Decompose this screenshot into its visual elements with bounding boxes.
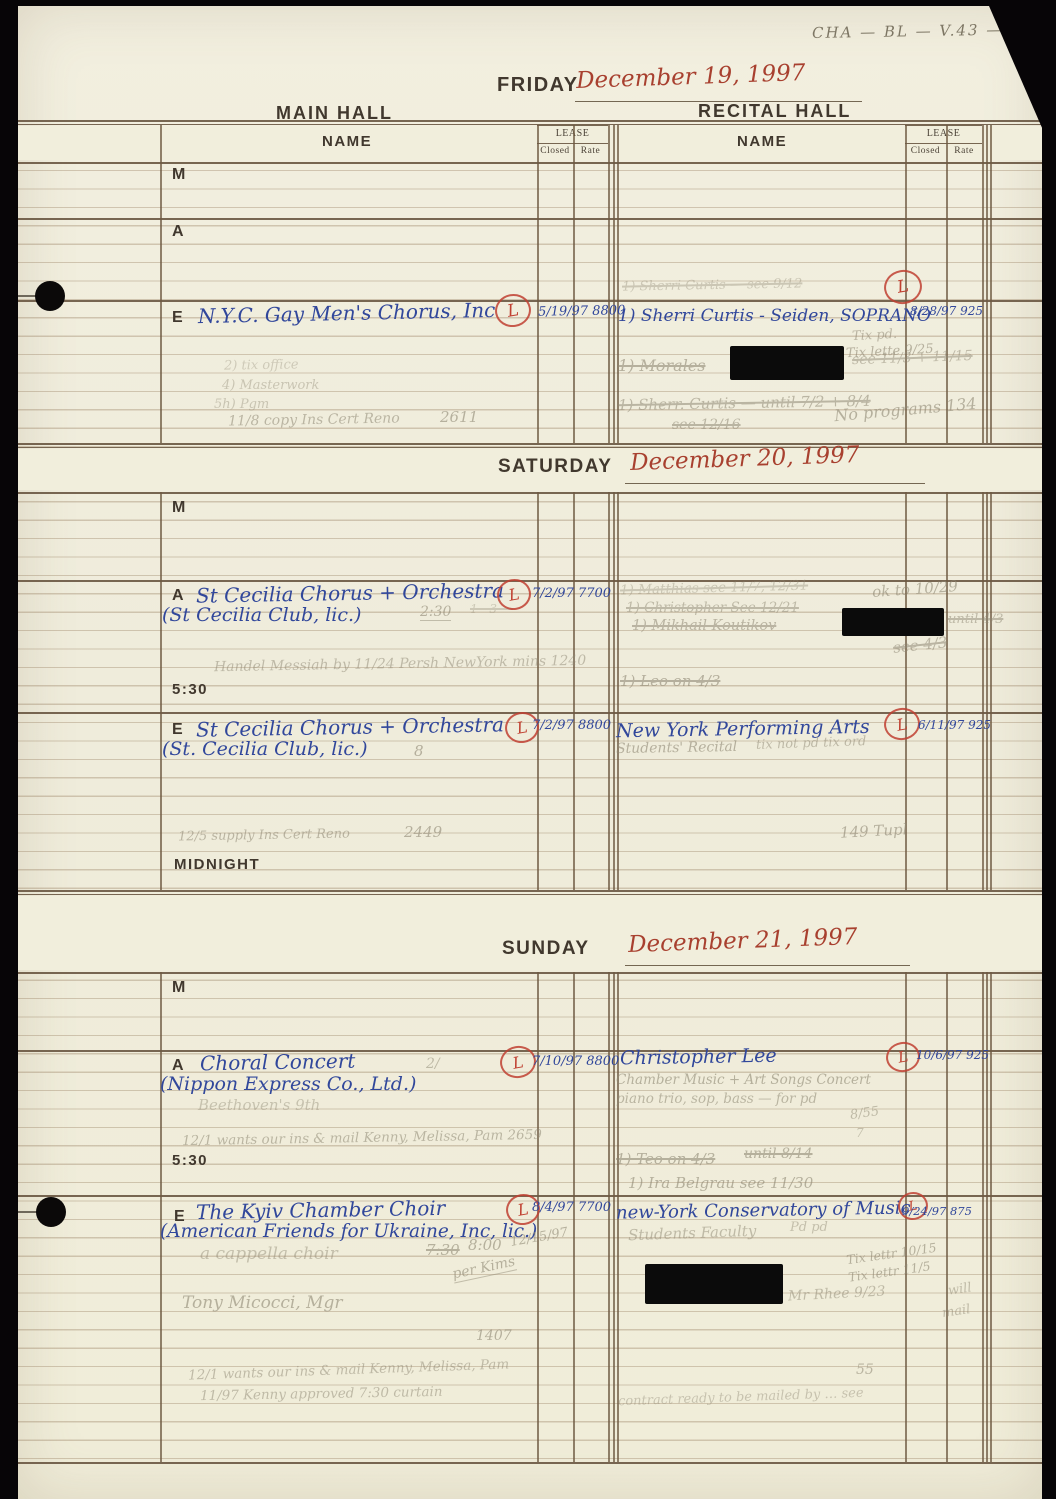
- sunday-row-m: M: [172, 979, 187, 997]
- sunday-recital-number-note: 55: [856, 1362, 874, 1378]
- saturday-main-a-lease-value: 7/2/97 7700: [532, 586, 611, 601]
- circle-letter: L: [895, 714, 909, 735]
- sunday-title: SUNDAY: [502, 938, 590, 960]
- sunday-main-evening-entry: The Kyiv Chamber Choir: [196, 1196, 446, 1224]
- saturday-main-evening-number: 8: [414, 742, 424, 760]
- main-closed-header: Closed: [537, 146, 573, 156]
- saturday-recital-leo-note: 1) Leo on 4/3: [620, 672, 720, 690]
- grid-line: [18, 300, 1042, 302]
- hole-punch: [36, 1197, 66, 1227]
- circle-letter: L: [516, 1199, 530, 1220]
- grid-line: [18, 218, 1042, 220]
- friday-recital-evening-entry: 1) Sherri Curtis - Seiden, SOPRANO: [618, 306, 931, 326]
- saturday-row-midnight: MIDNIGHT: [174, 856, 260, 873]
- saturday-main-e-lease-value: 7/2/97 8800: [532, 718, 611, 733]
- sunday-recital-e-lease-value: 9/24/97 875: [902, 1204, 972, 1218]
- grid-line: [18, 124, 1042, 125]
- redaction-box: [645, 1264, 783, 1304]
- grid-line: [613, 125, 615, 443]
- saturday-recital-students-note: Students' Recital: [616, 739, 737, 757]
- circle-letter: L: [507, 584, 521, 605]
- main-name-header: NAME: [322, 133, 372, 150]
- grid-line: [982, 972, 984, 1462]
- sunday-main-beethoven-note: Beethoven's 9th: [198, 1096, 320, 1114]
- friday-main-note: 4) Masterwork: [222, 378, 319, 393]
- friday-row-e: E: [172, 309, 184, 327]
- sunday-recital-a-lease-value: 10/6/97 925: [916, 1048, 989, 1062]
- grid-line: [982, 125, 984, 443]
- saturday-row-530: 5:30: [172, 681, 208, 698]
- sunday-main-a-number: 2/: [426, 1056, 440, 1072]
- main-rate-header: Rate: [573, 146, 608, 156]
- sunday-row-530: 5:30: [172, 1152, 208, 1169]
- saturday-main-insurance-number: 2449: [404, 823, 442, 841]
- grid-line: [905, 125, 982, 126]
- date-underline: [625, 483, 925, 484]
- friday-title: FRIDAY: [497, 74, 579, 97]
- grid-line: [617, 492, 619, 890]
- saturday-main-evening-entry2: (St. Cecilia Club, lic.): [162, 738, 368, 760]
- header-band: [18, 126, 1042, 160]
- grid-line: [990, 125, 992, 443]
- recital-hall-label: RECITAL HALL: [698, 101, 851, 122]
- grid-line: [990, 492, 992, 890]
- grid-line: [18, 492, 1042, 494]
- scanned-ledger-page: CHA — BL — V.43 — 035 FRIDAY December 19…: [0, 0, 1056, 1499]
- circle-letter: L: [897, 1047, 910, 1066]
- grid-line: [613, 972, 615, 1462]
- friday-main-note-number: 2611: [440, 408, 478, 426]
- sunday-recital-trio-note: piano trio, sop, bass — for pd: [616, 1091, 817, 1107]
- friday-recital-ghost-line: 1) Sherri Curtis — see 9/12: [622, 276, 803, 294]
- grid-line: [946, 492, 948, 890]
- grid-line: [608, 972, 610, 1462]
- sunday-main-manager-note: Tony Micocci, Mgr: [182, 1293, 343, 1313]
- sunday-main-afternoon-entry: Choral Concert: [200, 1049, 356, 1076]
- grid-line: [905, 143, 982, 144]
- redaction-box: [730, 346, 844, 380]
- recital-lease-header: LEASE: [905, 128, 982, 139]
- sunday-recital-belgrau-note: 1) Ira Belgrau see 11/30: [628, 1174, 813, 1192]
- saturday-recital-tally-note: 149 Tupl: [840, 820, 908, 842]
- circle-letter: L: [896, 276, 911, 298]
- grid-line: [608, 492, 610, 890]
- grid-line: [18, 447, 1042, 448]
- hole-punch: [35, 281, 65, 311]
- grid-line: [573, 972, 575, 1462]
- grid-line: [537, 125, 539, 443]
- friday-recital-morales-entry: 1) Morales: [618, 356, 706, 375]
- saturday-row-e: E: [172, 721, 184, 739]
- saturday-row-m: M: [172, 499, 187, 517]
- sunday-main-acappella-note: a cappella choir: [200, 1244, 338, 1264]
- grid-line: [986, 125, 988, 443]
- sunday-main-afternoon-entry2: (Nippon Express Co., Ltd.): [160, 1073, 416, 1095]
- saturday-row-a: A: [172, 587, 185, 605]
- recital-rate-header: Rate: [946, 146, 982, 156]
- grid-line: [18, 1462, 1042, 1464]
- circle-letter: L: [506, 300, 521, 322]
- grid-line: [573, 492, 575, 890]
- friday-recital-tix-note: Tix pd.: [852, 327, 898, 344]
- grid-line: [990, 972, 992, 1462]
- saturday-main-insurance-note: 12/5 supply Ins Cert Reno: [178, 827, 350, 845]
- grid-line: [608, 125, 610, 443]
- grid-line: [18, 162, 1042, 164]
- friday-recital-see-note: see 12/16: [672, 417, 741, 433]
- grid-line: [160, 125, 162, 443]
- circle-letter: L: [515, 717, 529, 738]
- date-underline: [625, 965, 910, 966]
- grid-line: [986, 972, 988, 1462]
- grid-line: [982, 492, 984, 890]
- grid-line: [18, 120, 1042, 122]
- sunday-main-time-old: 7:30: [426, 1241, 460, 1259]
- sunday-recital-chamber-note: Chamber Music + Art Songs Concert: [616, 1072, 871, 1088]
- sunday-main-time-new: 8:00: [468, 1236, 502, 1254]
- saturday-title: SATURDAY: [498, 456, 612, 478]
- friday-row-a: A: [172, 223, 185, 241]
- friday-main-lease-value: 5/19/97 8800: [538, 303, 626, 320]
- saturday-recital-crossed-entry: 1) Christopher See 12/21: [626, 600, 799, 616]
- friday-main-note: 2) tix office: [224, 357, 299, 373]
- recital-closed-header: Closed: [905, 146, 946, 156]
- friday-main-note: 5h) Pgm: [214, 397, 269, 412]
- sunday-main-a-lease-value: 7/10/97 8800: [532, 1054, 619, 1069]
- grid-line: [18, 443, 1042, 445]
- grid-line: [573, 125, 575, 443]
- circle-letter: L: [511, 1052, 525, 1073]
- sunday-main-number-note: 1407: [476, 1328, 512, 1344]
- grid-line: [160, 972, 162, 1462]
- sunday-recital-paid-note: Pd pd: [790, 1220, 828, 1235]
- friday-main-insurance-note: 11/8 copy Ins Cert Reno: [228, 411, 400, 430]
- grid-line: [18, 894, 1042, 895]
- saturday-main-time-note: 2:30: [420, 604, 451, 621]
- saturday-main-afternoon-entry2: (St Cecilia Club, lic.): [162, 604, 361, 626]
- redaction-box: [842, 608, 944, 636]
- saturday-recital-crossed-entry: 1) Mikhail Koutikov: [632, 618, 776, 634]
- grid-line: [18, 890, 1042, 892]
- sunday-recital-teo-note: 1) Teo on 4/3: [616, 1150, 715, 1168]
- friday-recital-lease-value: 8/28/97 925: [910, 304, 983, 318]
- sunday-recital-afternoon-entry: Christopher Lee: [620, 1045, 777, 1070]
- grid-line: [18, 972, 1042, 974]
- friday-row-m: M: [172, 166, 187, 184]
- grid-line: [160, 492, 162, 890]
- sunday-main-e-lease-value: 8/4/97 7700: [532, 1200, 611, 1215]
- grid-line: [986, 492, 988, 890]
- recital-name-header: NAME: [737, 133, 787, 150]
- sunday-recital-until-note: until 8/14: [744, 1146, 813, 1162]
- sunday-recital-note-number: 7: [856, 1126, 864, 1140]
- saturday-recital-lease-value: 6/11/97 925: [918, 718, 991, 732]
- grid-line: [613, 492, 615, 890]
- grid-line: [537, 492, 539, 890]
- saturday-recital-until-note: until 4/3: [948, 612, 1003, 627]
